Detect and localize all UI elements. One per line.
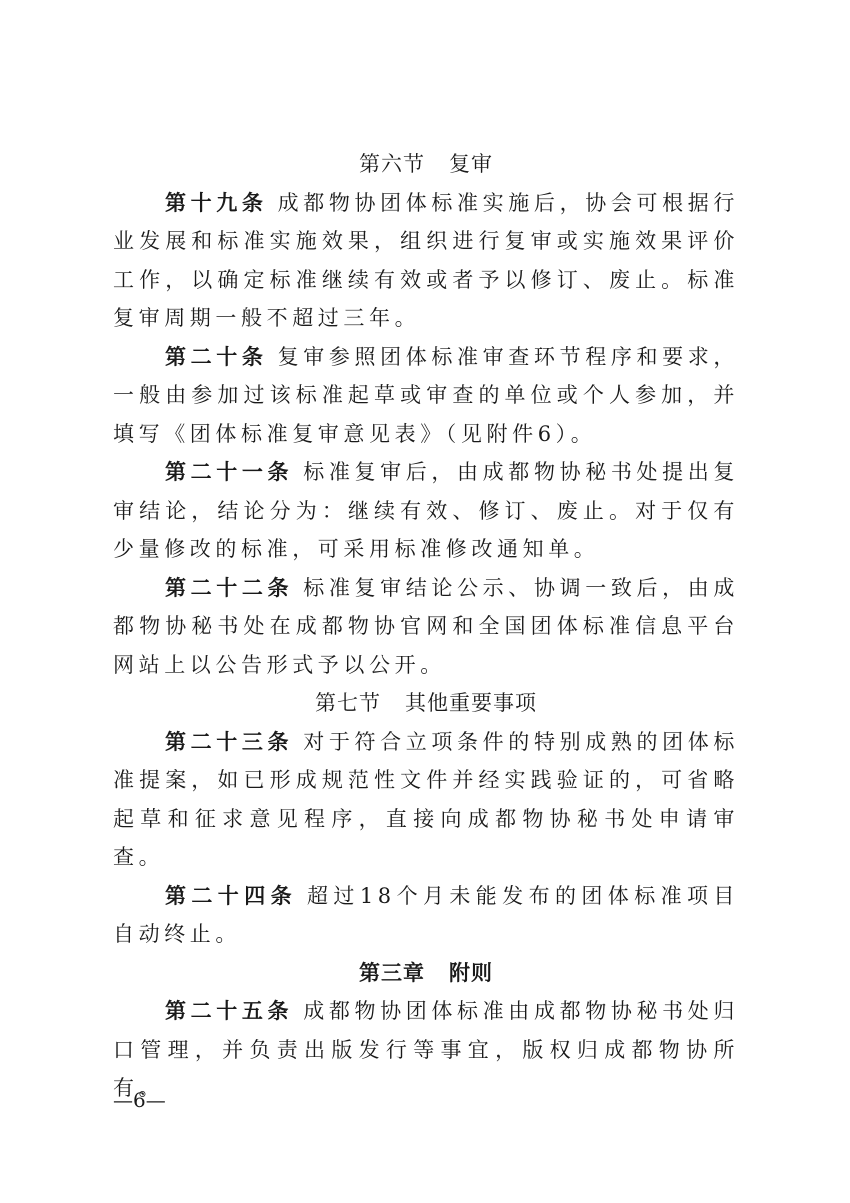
page-number: —6— xyxy=(113,1088,166,1112)
article-23: 第二十三条对于符合立项条件的特别成熟的团体标准提案，如已形成规范性文件并经实践验… xyxy=(113,723,739,877)
article-22: 第二十二条标准复审结论公示、协调一致后，由成都物协秘书处在成都物协官网和全国团体… xyxy=(113,569,739,685)
section-heading-6: 第六节复审 xyxy=(113,145,739,184)
article-number: 第二十五条 xyxy=(165,999,293,1023)
article-21: 第二十一条标准复审后，由成都物协秘书处提出复审结论，结论分为：继续有效、修订、废… xyxy=(113,453,739,569)
article-number: 第十九条 xyxy=(165,191,268,215)
chapter-heading-3: 第三章附则 xyxy=(113,954,739,993)
article-24: 第二十四条超过18个月未能发布的团体标准项目自动终止。 xyxy=(113,877,739,954)
article-number: 第二十二条 xyxy=(165,576,293,600)
article-19: 第十九条成都物协团体标准实施后，协会可根据行业发展和标准实施效果，组织进行复审或… xyxy=(113,184,739,338)
article-25: 第二十五条成都物协团体标准由成都物协秘书处归口管理，并负责出版发行等事宜，版权归… xyxy=(113,992,739,1108)
article-number: 第二十四条 xyxy=(165,884,297,908)
article-20: 第二十条复审参照团体标准审查环节程序和要求，一般由参加过该标准起草或审查的单位或… xyxy=(113,338,739,454)
section-heading-7: 第七节其他重要事项 xyxy=(113,684,739,723)
document-page: 第六节复审 第十九条成都物协团体标准实施后，协会可根据行业发展和标准实施效果，组… xyxy=(113,145,739,1108)
article-number: 第二十三条 xyxy=(165,730,293,754)
article-number: 第二十一条 xyxy=(165,460,293,484)
article-number: 第二十条 xyxy=(165,345,268,369)
